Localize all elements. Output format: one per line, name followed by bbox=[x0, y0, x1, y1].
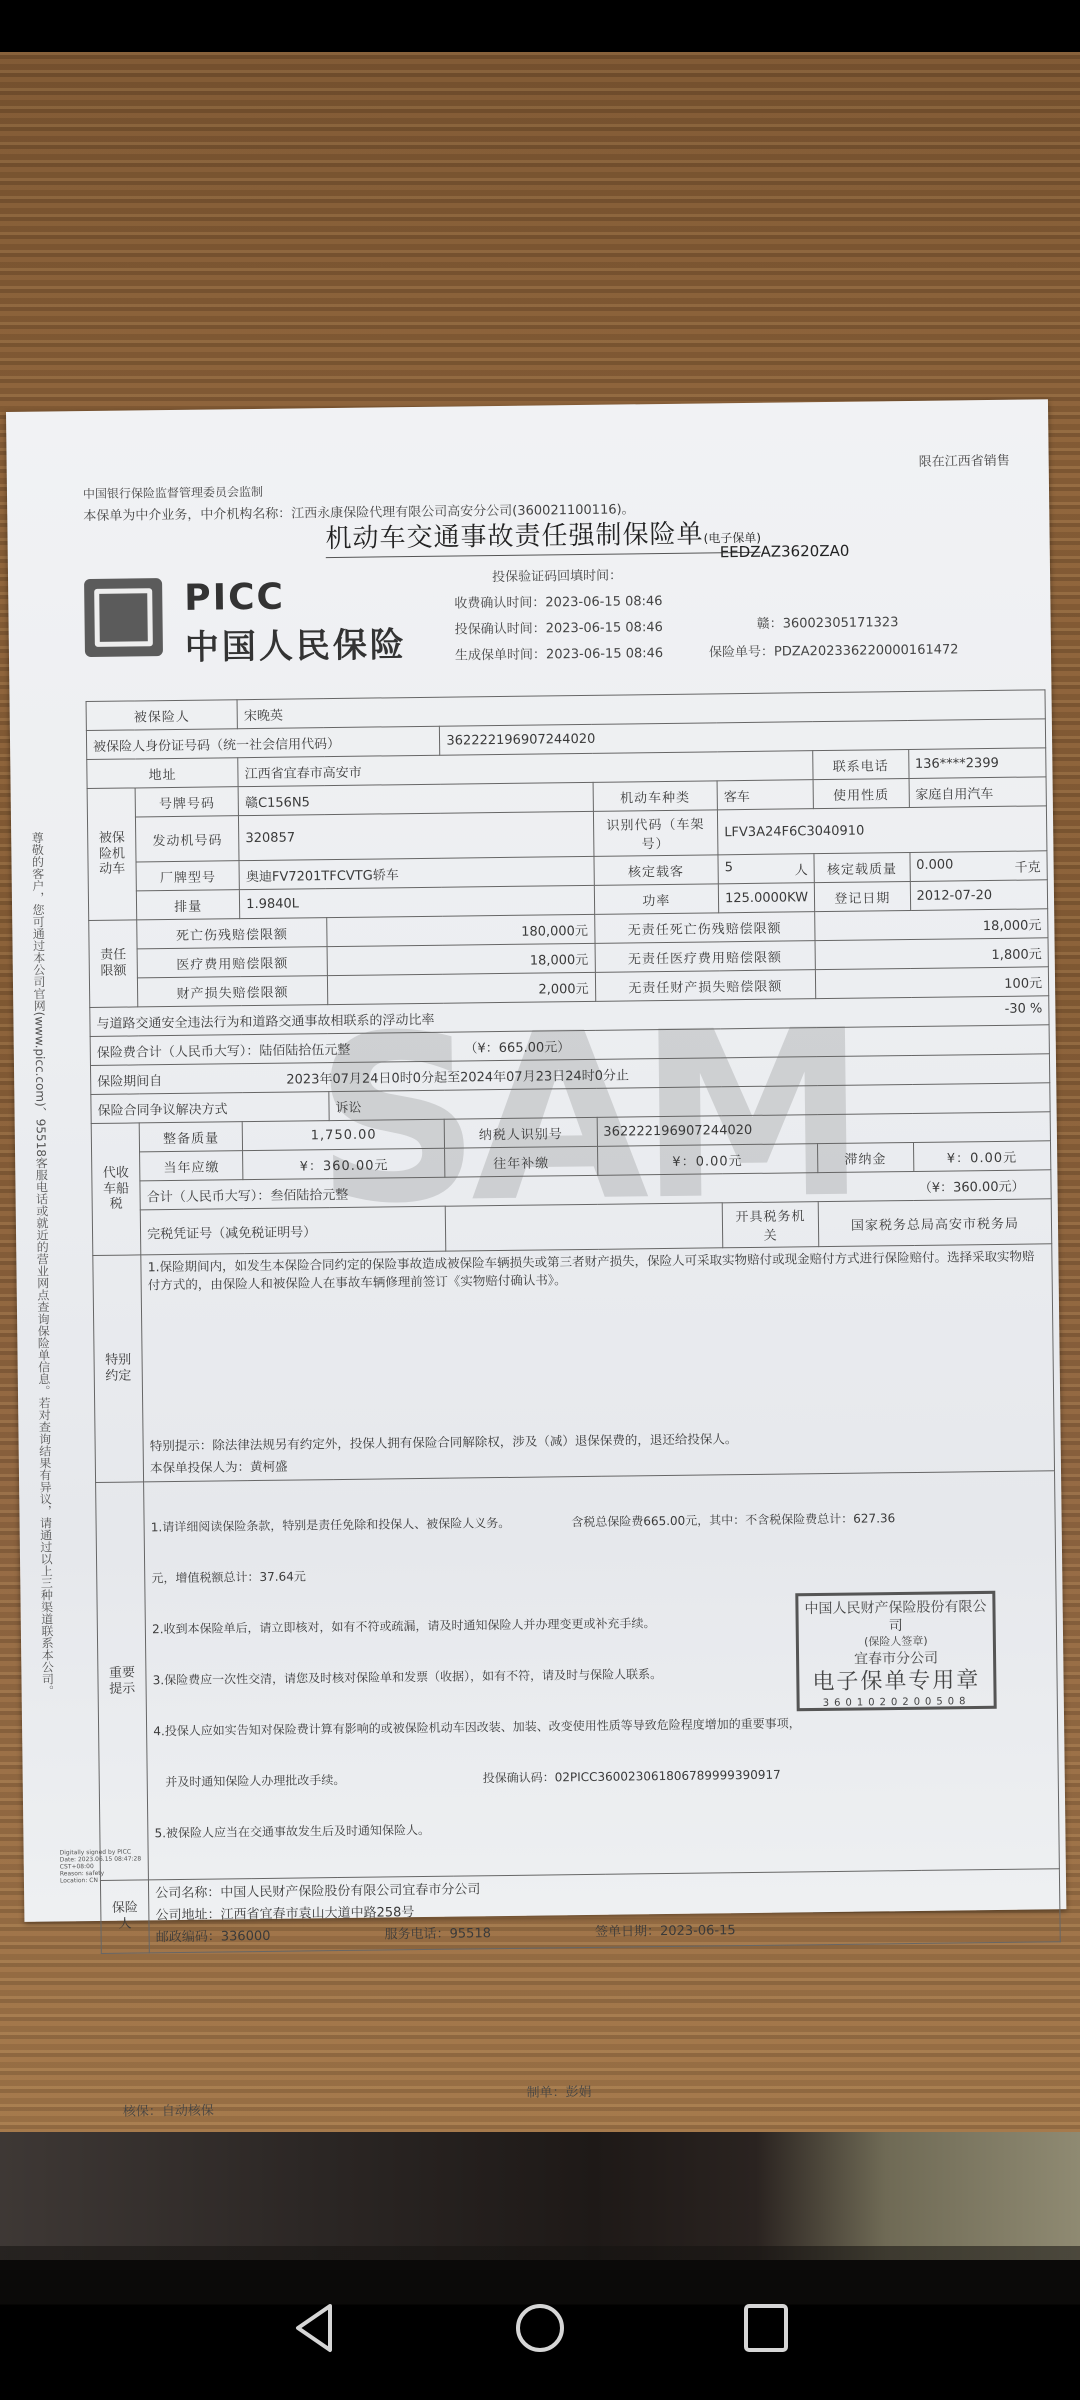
region-code: 赣：36002305171323 bbox=[757, 611, 899, 632]
note-line: 1.请详细阅读保险条款，特别是责任免除和投保人、被保险人义务。 含税总保险费66… bbox=[151, 1508, 1049, 1536]
regulator-text: 中国银行保险监督管理委员会监制 bbox=[83, 483, 263, 502]
model: 奥迪FV7201TFCVTG轿车 bbox=[239, 856, 594, 889]
premium-label: 保险费合计（人民币大写）：陆佰陆拾伍元整 bbox=[97, 1042, 351, 1060]
load: 0.000千克 bbox=[910, 851, 1048, 882]
special-terms: 1.保险期间内，如发生本保险合同约定的保险事故造成被保险车辆损失或第三者财产损失… bbox=[141, 1244, 1055, 1482]
payment-confirm-time: 收费确认时间：2023-06-15 08:46 bbox=[454, 590, 662, 612]
special-terms-text: 1.保险期间内，如发生本保险合同约定的保险事故造成被保险车辆损失或第三者财产损失… bbox=[148, 1247, 1046, 1294]
vehicle-tax-section-label: 代收车船税 bbox=[91, 1123, 141, 1256]
home-button[interactable] bbox=[512, 2300, 568, 2356]
plate: 赣C156N5 bbox=[238, 782, 593, 815]
address-label: 地址 bbox=[87, 758, 239, 789]
important-notes-label: 重要提示 bbox=[96, 1482, 149, 1881]
seal-line4: 电子保单专用章 bbox=[799, 1667, 993, 1698]
special-terms-label: 特别约定 bbox=[93, 1255, 144, 1483]
late-fee-label: 滞纳金 bbox=[818, 1142, 914, 1172]
picc-logo-icon bbox=[84, 578, 163, 657]
load-value: 0.000 bbox=[916, 857, 953, 872]
back-icon bbox=[292, 2302, 336, 2354]
form-code: EEDZAZ3620ZA0 bbox=[720, 542, 850, 562]
sign-date: 签单日期：2023-06-15 bbox=[595, 1923, 736, 1940]
recents-icon bbox=[742, 2302, 790, 2354]
vin-label: 识别代码（车架号） bbox=[593, 810, 718, 857]
seal-code: 3601020200508 bbox=[800, 1695, 994, 1710]
insure-confirm-time: 投保确认时间：2023-06-15 08:46 bbox=[455, 616, 663, 638]
death-limit: 180,000元 bbox=[327, 914, 595, 946]
nf-death-limit-label: 无责任死亡伤残赔偿限额 bbox=[594, 912, 815, 944]
period-label: 保险期间自 bbox=[97, 1074, 162, 1090]
applicant: 本保单投保人为：黄柯盛 bbox=[150, 1458, 288, 1478]
medical-limit-label: 医疗费用赔偿限额 bbox=[137, 947, 327, 978]
seats-value: 5 bbox=[725, 860, 733, 875]
note-line: 元，增值税额总计：37.64元 bbox=[151, 1559, 1049, 1587]
late-fee: ¥：0.00元 bbox=[913, 1141, 1051, 1172]
premium-amount: （¥：665.00元） bbox=[464, 1040, 570, 1056]
certificate-label: 完税凭证号（减免税证明号） bbox=[140, 1206, 446, 1255]
tax-office: 国家税务总局高安市税务局 bbox=[818, 1199, 1052, 1247]
taxpayer-id-label: 纳税人识别号 bbox=[445, 1117, 597, 1148]
death-limit-label: 死亡伤残赔偿限额 bbox=[137, 918, 327, 949]
nf-medical-limit: 1,800元 bbox=[815, 938, 1048, 970]
current-tax-label: 当年应缴 bbox=[140, 1151, 243, 1181]
certificate bbox=[446, 1203, 723, 1251]
power-label: 功率 bbox=[594, 884, 719, 915]
seal-line3: 宜春市分公司 bbox=[799, 1648, 993, 1669]
note-line: 4.投保人应如实告知对保险费计算有影响的或被保险机动车因改装、加装、改变使用性质… bbox=[153, 1712, 1051, 1740]
nf-medical-limit-label: 无责任医疗费用赔偿限额 bbox=[595, 941, 816, 973]
prepared-by: 制单：彭娟 bbox=[526, 2081, 591, 2101]
floor-background bbox=[0, 2132, 1080, 2260]
medical-limit: 18,000元 bbox=[327, 943, 595, 975]
phone-label: 联系电话 bbox=[813, 750, 909, 780]
document-title: 机动车交通事故责任强制保险单(电子保单) bbox=[325, 513, 761, 558]
reg-date-label: 登记日期 bbox=[814, 881, 910, 911]
nf-property-limit-label: 无责任财产损失赔偿限额 bbox=[595, 970, 816, 1002]
sales-region: 限在江西省销售 bbox=[919, 450, 1010, 470]
dispute-label: 保险合同争议解决方式 bbox=[91, 1092, 329, 1124]
engine: 320857 bbox=[239, 811, 594, 860]
current-tax: ¥：360.00元 bbox=[243, 1148, 446, 1179]
underwriting: 核保：自动核保 bbox=[123, 2100, 214, 2120]
title-text: 机动车交通事故责任强制保险单 bbox=[325, 519, 703, 554]
recents-button[interactable] bbox=[738, 2300, 794, 2356]
phone: 136****2399 bbox=[908, 748, 1046, 779]
property-limit-label: 财产损失赔偿限额 bbox=[138, 976, 328, 1007]
tax-total-label: 合计（人民币大写）：叁佰陆拾元整 bbox=[147, 1187, 349, 1204]
load-label: 核定载质量 bbox=[814, 852, 910, 882]
vehicle-section-label: 被保险机动车 bbox=[87, 788, 137, 921]
note-line: 5.被保险人应当在交通事故发生后及时通知保险人。 bbox=[154, 1814, 1052, 1842]
home-icon bbox=[514, 2302, 566, 2354]
seats-unit: 人 bbox=[795, 859, 808, 878]
seats: 5人 bbox=[718, 854, 814, 884]
policy-number: 保险单号：PDZA202336220000161472 bbox=[709, 638, 959, 660]
service-phone: 服务电话：95518 bbox=[385, 1926, 492, 1942]
engine-label: 发动机号码 bbox=[136, 816, 240, 862]
note-line: 并及时通知保险人办理批改手续。 投保确认码：02PICC360023061806… bbox=[154, 1763, 1052, 1791]
floating-rate-label: 与道路交通安全违法行为和道路交通事故相联系的浮动比率 bbox=[96, 1012, 434, 1031]
prior-tax: ¥：0.00元 bbox=[597, 1144, 818, 1176]
insurer-info: 公司名称：中国人民财产保险股份有限公司宜春市分公司 公司地址：江西省宜春市袁山大… bbox=[149, 1869, 1061, 1953]
vehicle-type: 客车 bbox=[717, 780, 813, 810]
displacement-label: 排量 bbox=[137, 890, 240, 920]
back-button[interactable] bbox=[286, 2300, 342, 2356]
policy-gen-time: 生成保单时间：2023-06-15 08:46 bbox=[455, 642, 663, 664]
tax-total: （¥：360.00元） bbox=[919, 1175, 1025, 1195]
special-tip: 特别提示：除法律法规另有约定外，投保人拥有保险合同解除权，涉及（减）退保保费的，… bbox=[150, 1430, 738, 1455]
logo-cn: 中国人民保险 bbox=[185, 617, 408, 669]
company-seal: 中国人民财产保险股份有限公司 (保险人签章) 宜春市分公司 电子保单专用章 36… bbox=[795, 1591, 996, 1711]
load-unit: 千克 bbox=[1014, 856, 1040, 875]
displacement: 1.9840L bbox=[240, 885, 595, 918]
reg-date: 2012-07-20 bbox=[910, 880, 1048, 911]
digital-signature: Digitally signed by PICC Date: 2023.06.1… bbox=[60, 1848, 142, 1884]
property-limit: 2,000元 bbox=[327, 972, 595, 1004]
side-notice: 尊敬的客户，您可通过本公司官网(www.picc.com)、95518客服电话或… bbox=[29, 832, 56, 1697]
floating-rate: -30 % bbox=[1005, 1001, 1043, 1016]
policy-table: 被保险人 宋晚英 被保险人身份证号码（统一社会信用代码） 36222219690… bbox=[86, 689, 1061, 1954]
seal-line1: 中国人民财产保险股份有限公司 bbox=[798, 1598, 992, 1637]
nf-property-limit: 100元 bbox=[815, 967, 1048, 999]
insurer-label: 保险人 bbox=[100, 1880, 149, 1954]
plate-label: 号牌号码 bbox=[135, 787, 238, 817]
model-label: 厂牌型号 bbox=[136, 861, 239, 891]
usage: 家庭自用汽车 bbox=[909, 777, 1047, 808]
insurer-postcode: 邮政编码：336000 bbox=[156, 1929, 271, 1945]
sig-line: Date: 2023.06.15 08:47:28 bbox=[60, 1855, 142, 1863]
system-navigation-bar bbox=[0, 2246, 1080, 2400]
period: 2023年07月24日0时0分起至2024年07月23日24时0分止 bbox=[286, 1068, 629, 1087]
insured-name-label: 被保险人 bbox=[86, 700, 238, 731]
prior-tax-label: 往年补缴 bbox=[445, 1146, 597, 1177]
verify-fill-time: 投保验证码回填时间： bbox=[492, 564, 622, 585]
usage-label: 使用性质 bbox=[813, 779, 909, 809]
vehicle-type-label: 机动车种类 bbox=[593, 781, 718, 812]
vin: LFV3A24F6C3040910 bbox=[717, 806, 1046, 855]
liability-section-label: 责任限额 bbox=[89, 920, 138, 1008]
curb-weight: 1,750.00 bbox=[242, 1119, 445, 1150]
tax-office-label: 开具税务机关 bbox=[722, 1202, 818, 1248]
curb-weight-label: 整备质量 bbox=[139, 1122, 242, 1152]
insured-id-label: 被保险人身份证号码（统一社会信用代码） bbox=[86, 726, 440, 759]
nf-death-limit: 18,000元 bbox=[815, 909, 1048, 941]
sig-line: Location: CN bbox=[60, 1876, 142, 1884]
seats-label: 核定载客 bbox=[594, 855, 719, 886]
logo-en: PICC bbox=[184, 577, 285, 619]
power: 125.0000KW bbox=[718, 883, 814, 913]
